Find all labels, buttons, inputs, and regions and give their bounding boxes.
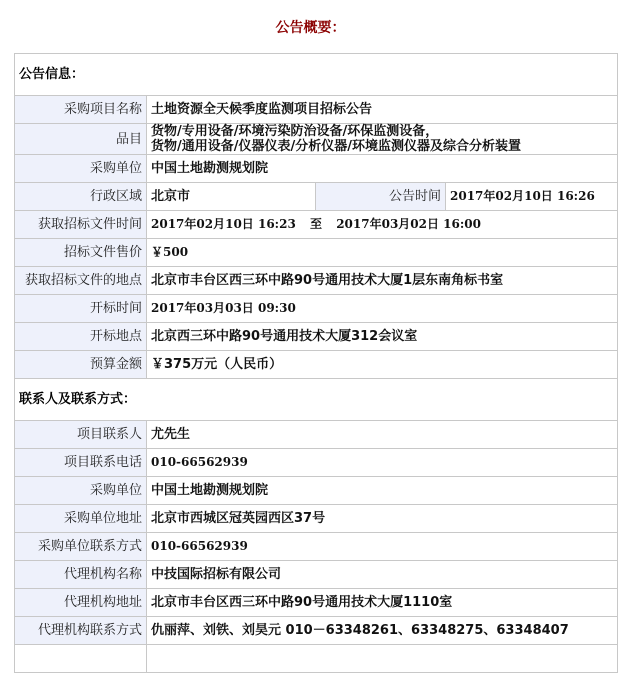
project-name-value: 土地资源全天候季度监测项目招标公告 [147, 96, 618, 124]
category-line-2: 货物/通用设备/仪器仪表/分析仪器/环境监测仪器及综合分析装置 [151, 139, 613, 154]
field-label: 采购单位地址 [15, 505, 147, 533]
field-label: 代理机构名称 [15, 561, 147, 589]
announcement-summary-table: 公告信息： 采购项目名称 土地资源全天候季度监测项目招标公告 品目 货物/专用设… [14, 53, 618, 673]
open-time-value: 2017年03月03日 09:30 [147, 295, 618, 323]
table-row: 获取招标文件时间 2017年02月10日 16:23 至 2017年03月02日… [15, 211, 618, 239]
project-contact-value: 尤先生 [147, 421, 618, 449]
table-row: 采购单位地址 北京市西城区冠英园西区37号 [15, 505, 618, 533]
empty-cell [147, 645, 618, 673]
field-label: 采购单位 [15, 155, 147, 183]
table-row: 代理机构地址 北京市丰台区西三环中路90号通用技术大厦1110室 [15, 589, 618, 617]
table-row: 采购单位联系方式 010-66562939 [15, 533, 618, 561]
doc-time-end: 2017年03月02日 16:00 [336, 217, 481, 231]
section-title: 联系人及联系方式： [15, 379, 618, 421]
field-label: 获取招标文件时间 [15, 211, 147, 239]
section-header-contact: 联系人及联系方式： [15, 379, 618, 421]
table-row: 采购项目名称 土地资源全天候季度监测项目招标公告 [15, 96, 618, 124]
field-label: 招标文件售价 [15, 239, 147, 267]
doc-place-value: 北京市丰台区西三环中路90号通用技术大厦1层东南角标书室 [147, 267, 618, 295]
table-row: 采购单位 中国土地勘测规划院 [15, 155, 618, 183]
table-row: 品目 货物/专用设备/环境污染防治设备/环保监测设备， 货物/通用设备/仪器仪表… [15, 124, 618, 155]
section-header-announcement: 公告信息： [15, 54, 618, 96]
table-row: 获取招标文件的地点 北京市丰台区西三环中路90号通用技术大厦1层东南角标书室 [15, 267, 618, 295]
purchaser-address-value: 北京市西城区冠英园西区37号 [147, 505, 618, 533]
field-label: 代理机构联系方式 [15, 617, 147, 645]
announce-time-value: 2017年02月10日 16:26 [446, 183, 618, 211]
table-row: 招标文件售价 ￥500 [15, 239, 618, 267]
section-title: 公告信息： [15, 54, 618, 96]
region-value: 北京市 [147, 183, 316, 211]
table-row: 行政区域 北京市 公告时间 2017年02月10日 16:26 [15, 183, 618, 211]
table-row: 项目联系电话 010-66562939 [15, 449, 618, 477]
table-row-empty [15, 645, 618, 673]
field-label: 公告时间 [316, 183, 446, 211]
project-phone-value: 010-66562939 [147, 449, 618, 477]
agency-name-value: 中技国际招标有限公司 [147, 561, 618, 589]
field-label: 采购项目名称 [15, 96, 147, 124]
field-label: 采购单位联系方式 [15, 533, 147, 561]
table-row: 预算金额 ￥375万元（人民币） [15, 351, 618, 379]
field-label: 代理机构地址 [15, 589, 147, 617]
table-row: 开标时间 2017年03月03日 09:30 [15, 295, 618, 323]
doc-time-value: 2017年02月10日 16:23 至 2017年03月02日 16:00 [147, 211, 618, 239]
purchaser-contact-value: 010-66562939 [147, 533, 618, 561]
table-row: 项目联系人 尤先生 [15, 421, 618, 449]
category-value: 货物/专用设备/环境污染防治设备/环保监测设备， 货物/通用设备/仪器仪表/分析… [147, 124, 618, 155]
table-row: 开标地点 北京西三环中路90号通用技术大厦312会议室 [15, 323, 618, 351]
table-row: 代理机构名称 中技国际招标有限公司 [15, 561, 618, 589]
empty-cell [15, 645, 147, 673]
agency-contact-value: 仇丽萍、刘铁、刘昊元 010－63348261、63348275、6334840… [147, 617, 618, 645]
purchaser-value: 中国土地勘测规划院 [147, 155, 618, 183]
table-row: 采购单位 中国土地勘测规划院 [15, 477, 618, 505]
field-label: 行政区域 [15, 183, 147, 211]
field-label: 项目联系电话 [15, 449, 147, 477]
field-label: 品目 [15, 124, 147, 155]
open-place-value: 北京西三环中路90号通用技术大厦312会议室 [147, 323, 618, 351]
agency-address-value: 北京市丰台区西三环中路90号通用技术大厦1110室 [147, 589, 618, 617]
field-label: 开标地点 [15, 323, 147, 351]
field-label: 项目联系人 [15, 421, 147, 449]
field-label: 采购单位 [15, 477, 147, 505]
contact-purchaser-value: 中国土地勘测规划院 [147, 477, 618, 505]
field-label: 开标时间 [15, 295, 147, 323]
category-line-1: 货物/专用设备/环境污染防治设备/环保监测设备， [151, 124, 613, 139]
budget-value: ￥375万元（人民币） [147, 351, 618, 379]
table-row: 代理机构联系方式 仇丽萍、刘铁、刘昊元 010－63348261、6334827… [15, 617, 618, 645]
doc-time-start: 2017年02月10日 16:23 [151, 217, 296, 231]
field-label: 获取招标文件的地点 [15, 267, 147, 295]
field-label: 预算金额 [15, 351, 147, 379]
doc-time-to: 至 [310, 217, 322, 232]
doc-price-value: ￥500 [147, 239, 618, 267]
page-title: 公告概要： [0, 17, 621, 37]
